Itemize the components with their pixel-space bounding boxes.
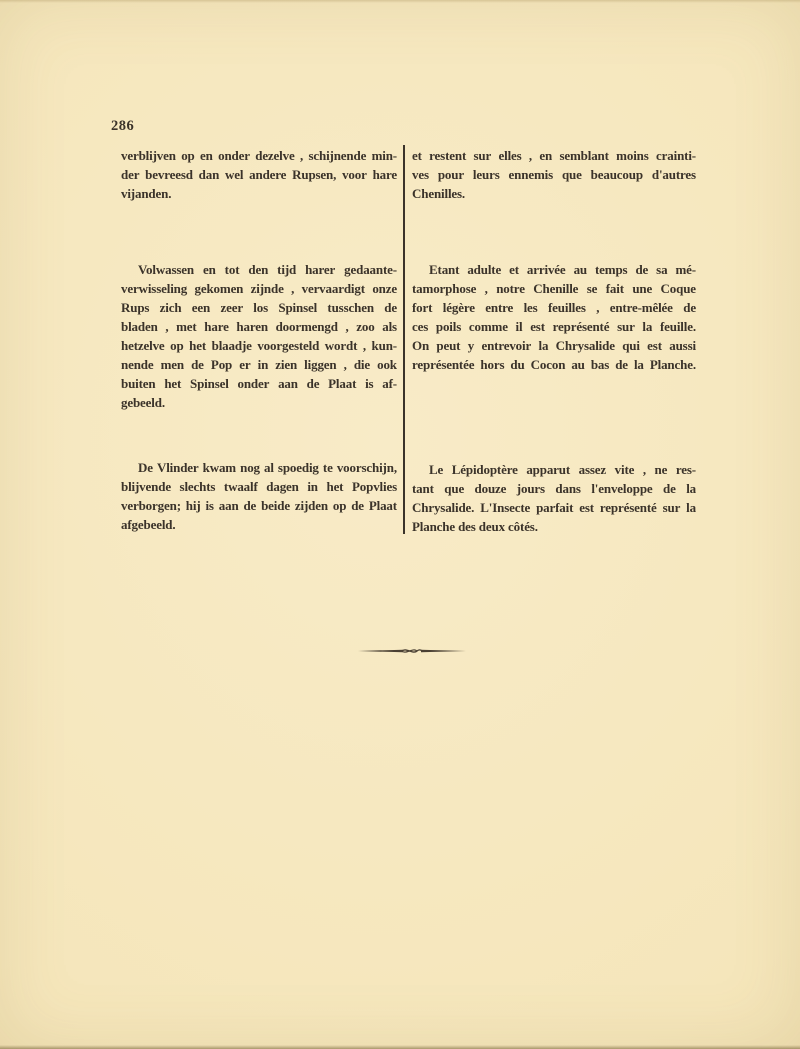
text-line: etrestentsurelles,ensemblantmoinscrainti… <box>412 146 696 165</box>
column-divider-rule <box>403 145 405 534</box>
text-line: nendemendePoperinzienliggen,dieook <box>121 355 397 374</box>
text-line: verwisselinggekomenzijnde,vervaardigtonz… <box>121 279 397 298</box>
text-line: blijvendeslechtstwaalfdageninhetPopvlies <box>121 477 397 496</box>
text-line: fortlégèreentrelesfeuilles,entre-mêléede <box>412 298 696 317</box>
text-line: vijanden. <box>121 184 397 203</box>
paragraph-french-1: etrestentsurelles,ensemblantmoinscrainti… <box>412 146 696 203</box>
text-line: cespoilscommeilestreprésentésurlafeuille… <box>412 317 696 336</box>
paragraph-dutch-3: DeVlinderkwamnogalspoedigtevoorschijn,bl… <box>121 458 397 534</box>
paragraph-dutch-1: verblijvenopenonderdezelve,schijnendemin… <box>121 146 397 203</box>
text-line: hetzelveophetblaadjevoorgesteldwordt,kun… <box>121 336 397 355</box>
text-line: LeLépidoptèreapparutassezvite,neres- <box>412 460 696 479</box>
scan-edge-top <box>0 0 800 3</box>
text-line: tantquedouzejoursdansl'enveloppedela <box>412 479 696 498</box>
text-line: DeVlinderkwamnogalspoedigtevoorschijn, <box>121 458 397 477</box>
paragraph-french-2: Etantadulteetarrivéeautempsdesamé-tamorp… <box>412 260 696 374</box>
text-line: afgebeeld. <box>121 515 397 534</box>
text-line: derbevreesddanwelandereRupsen,voorhare <box>121 165 397 184</box>
text-line: représentéehorsduCoconaubasdelaPlanche. <box>412 355 696 374</box>
text-line: verborgen;hijisaandebeidezijdenopdePlaat <box>121 496 397 515</box>
scan-edge-bottom <box>0 1045 800 1049</box>
swelled-rule-ornament-icon <box>356 644 468 658</box>
paragraph-dutch-2: Volwassenentotdentijdharergedaante-verwi… <box>121 260 397 412</box>
text-line: Chenilles. <box>412 184 696 203</box>
text-line: vespourleursennemisquebeaucoupd'autres <box>412 165 696 184</box>
text-line: buitenhetSpinselonderaandePlaatisaf- <box>121 374 397 393</box>
paragraph-french-3: LeLépidoptèreapparutassezvite,neres-tant… <box>412 460 696 536</box>
text-line: Chrysalide.L'Insecteparfaitestreprésenté… <box>412 498 696 517</box>
text-line: bladen,methareharendoormengd,zooals <box>121 317 397 336</box>
scanned-book-page: 286 verblijvenopenonderdezelve,schijnend… <box>0 0 800 1049</box>
text-line: Planche des deux côtés. <box>412 517 696 536</box>
text-line: OnpeutyentrevoirlaChrysalidequiestaussi <box>412 336 696 355</box>
text-line: tamorphose,notreChenillesefaituneCoque <box>412 279 696 298</box>
text-line: gebeeld. <box>121 393 397 412</box>
text-line: Etantadulteetarrivéeautempsdesamé- <box>412 260 696 279</box>
text-line: verblijvenopenonderdezelve,schijnendemin… <box>121 146 397 165</box>
text-line: Volwassenentotdentijdharergedaante- <box>121 260 397 279</box>
text-line: RupszicheenzeerlosSpinseltusschende <box>121 298 397 317</box>
page-number: 286 <box>111 118 134 135</box>
